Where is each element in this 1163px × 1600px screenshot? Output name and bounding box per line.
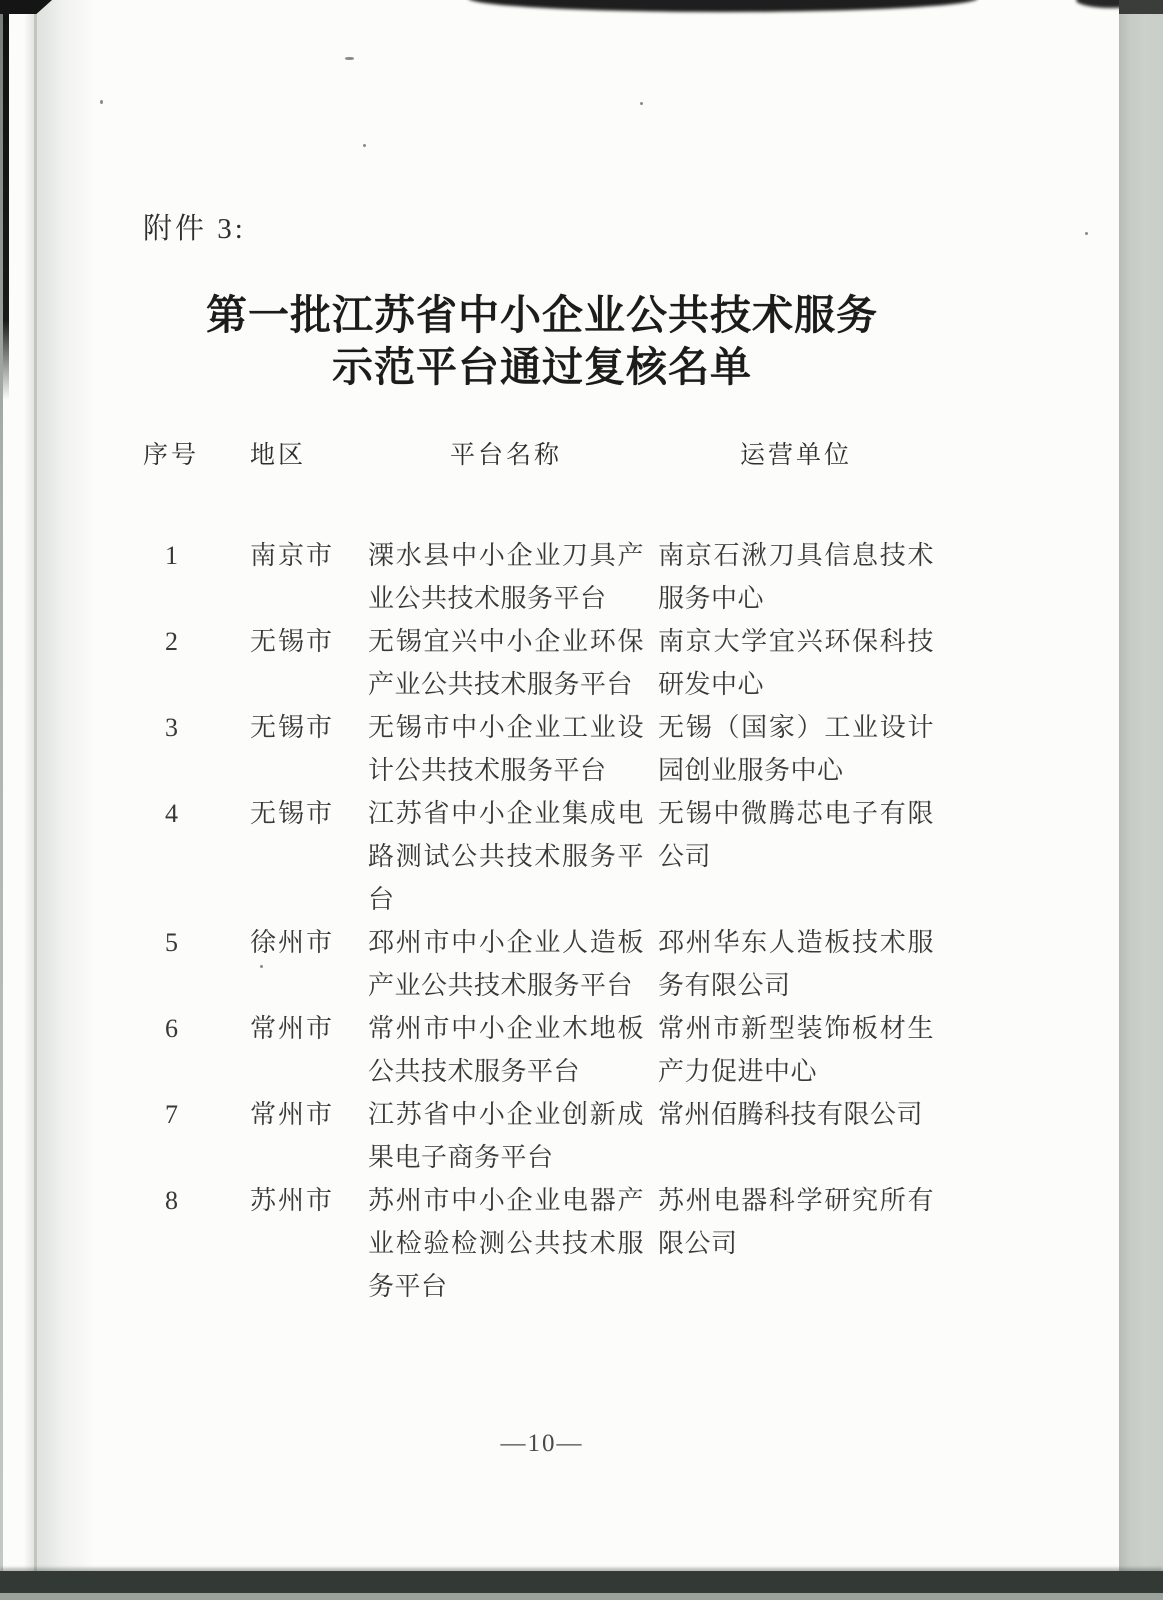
cell-region: 南京市 xyxy=(250,534,368,577)
table-row: 7 常州市 江苏省中小企业创新成果电子商务平台 常州佰腾科技有限公司 xyxy=(140,1093,980,1179)
cell-serial-number: 8 xyxy=(140,1179,250,1222)
cell-operating-unit: 南京大学宜兴环保科技研发中心 xyxy=(658,620,934,706)
scan-dust-speck xyxy=(100,100,103,104)
cell-region: 无锡市 xyxy=(250,792,368,835)
cell-operating-unit: 常州市新型装饰板材生产力促进中心 xyxy=(658,1007,934,1093)
cell-region: 徐州市 xyxy=(250,921,368,964)
page-number: —10— xyxy=(0,1430,1084,1458)
cell-region: 常州市 xyxy=(250,1093,368,1136)
scan-right-edge-band-top xyxy=(1119,0,1163,14)
header-region: 地区 xyxy=(250,441,368,471)
table-row: 8 苏州市 苏州市中小企业电器产业检验检测公共技术服务平台 苏州电器科学研究所有… xyxy=(140,1179,980,1308)
table-row: 6 常州市 常州市中小企业木地板公共技术服务平台 常州市新型装饰板材生产力促进中… xyxy=(140,1007,980,1093)
table-header-row: 序号 地区 平台名称 运营单位 xyxy=(140,441,980,471)
cell-serial-number: 3 xyxy=(140,706,250,749)
cell-serial-number: 1 xyxy=(140,534,250,577)
scan-dust-speck xyxy=(640,102,643,105)
cell-region: 常州市 xyxy=(250,1007,368,1050)
cell-operating-unit: 苏州电器科学研究所有限公司 xyxy=(658,1179,934,1265)
cell-platform-name: 溧水县中小企业刀具产业公共技术服务平台 xyxy=(368,534,644,620)
cell-serial-number: 5 xyxy=(140,921,250,964)
document-title: 第一批江苏省中小企业公共技术服务 示范平台通过复核名单 xyxy=(0,289,1084,393)
attachment-label: 附件 3: xyxy=(143,206,246,247)
cell-region: 无锡市 xyxy=(250,706,368,749)
cell-serial-number: 2 xyxy=(140,620,250,663)
scan-bottom-gray-strip xyxy=(0,1593,1163,1600)
scan-bottom-edge-band xyxy=(0,1571,1163,1593)
cell-operating-unit: 无锡中微腾芯电子有限公司 xyxy=(658,792,934,878)
cell-region: 苏州市 xyxy=(250,1179,368,1222)
table-row: 3 无锡市 无锡市中小企业工业设计公共技术服务平台 无锡（国家）工业设计园创业服… xyxy=(140,706,980,792)
table-row: 5 徐州市 邳州市中小企业人造板产业公共技术服务平台 邳州华东人造板技术服务有限… xyxy=(140,921,980,1007)
cell-platform-name: 邳州市中小企业人造板产业公共技术服务平台 xyxy=(368,921,644,1007)
cell-serial-number: 7 xyxy=(140,1093,250,1136)
table-row: 2 无锡市 无锡宜兴中小企业环保产业公共技术服务平台 南京大学宜兴环保科技研发中… xyxy=(140,620,980,706)
scan-dust-speck xyxy=(363,144,366,147)
cell-operating-unit: 常州佰腾科技有限公司 xyxy=(658,1093,934,1136)
table-row: 1 南京市 溧水县中小企业刀具产业公共技术服务平台 南京石湫刀具信息技术服务中心 xyxy=(140,534,980,620)
cell-region: 无锡市 xyxy=(250,620,368,663)
cell-serial-number: 6 xyxy=(140,1007,250,1050)
cell-platform-name: 无锡宜兴中小企业环保产业公共技术服务平台 xyxy=(368,620,644,706)
cell-platform-name: 常州市中小企业木地板公共技术服务平台 xyxy=(368,1007,644,1093)
scan-left-edge-line xyxy=(0,0,3,1572)
scan-top-edge-shadow xyxy=(468,0,978,12)
cell-platform-name: 江苏省中小企业创新成果电子商务平台 xyxy=(368,1093,644,1179)
cell-platform-name: 无锡市中小企业工业设计公共技术服务平台 xyxy=(368,706,644,792)
cell-operating-unit: 南京石湫刀具信息技术服务中心 xyxy=(658,534,934,620)
cell-operating-unit: 邳州华东人造板技术服务有限公司 xyxy=(658,921,934,1007)
scan-dust-speck xyxy=(1085,232,1088,235)
scan-right-edge-band xyxy=(1119,0,1163,1600)
cell-platform-name: 苏州市中小企业电器产业检验检测公共技术服务平台 xyxy=(368,1179,644,1308)
cell-platform-name: 江苏省中小企业集成电路测试公共技术服务平台 xyxy=(368,792,644,921)
document-title-line-2: 示范平台通过复核名单 xyxy=(0,341,1084,393)
cell-operating-unit: 无锡（国家）工业设计园创业服务中心 xyxy=(658,706,934,792)
cell-serial-number: 4 xyxy=(140,792,250,835)
scanned-document-page: 附件 3: 第一批江苏省中小企业公共技术服务 示范平台通过复核名单 序号 地区 … xyxy=(0,0,1163,1600)
header-serial-number: 序号 xyxy=(140,441,250,471)
table-row: 4 无锡市 江苏省中小企业集成电路测试公共技术服务平台 无锡中微腾芯电子有限公司 xyxy=(140,792,980,921)
header-platform-name: 平台名称 xyxy=(368,441,644,471)
platform-review-table: 序号 地区 平台名称 运营单位 1 南京市 溧水县中小企业刀具产业公共技术服务平… xyxy=(140,441,980,1308)
scan-dust-speck xyxy=(345,57,354,60)
scan-left-crease-line xyxy=(34,0,37,1571)
document-title-line-1: 第一批江苏省中小企业公共技术服务 xyxy=(0,289,1084,341)
header-operating-unit: 运营单位 xyxy=(658,441,934,471)
